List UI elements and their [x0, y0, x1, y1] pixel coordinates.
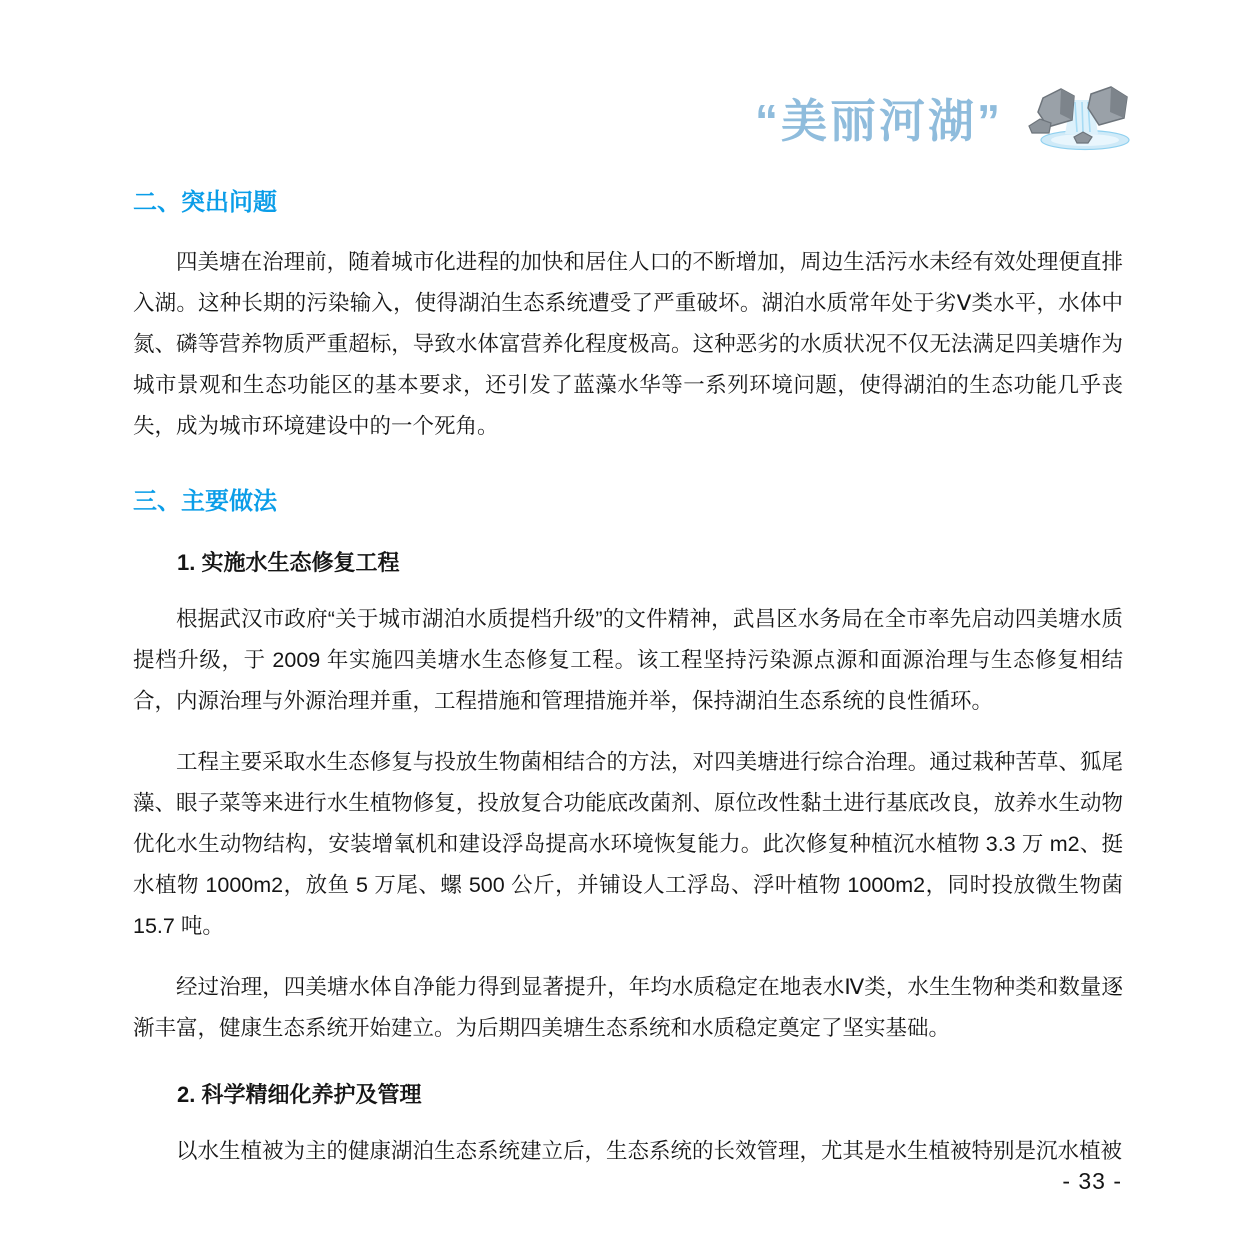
paragraph-restoration-2: 工程主要采取水生态修复与投放生物菌相结合的方法，对四美塘进行综合治理。通过栽种苦… [133, 742, 1123, 947]
paragraph-restoration-1: 根据武汉市政府“关于城市湖泊水质提档升级”的文件精神，武昌区水务局在全市率先启动… [133, 599, 1123, 722]
paragraph-restoration-3: 经过治理，四美塘水体自净能力得到显著提升，年均水质稳定在地表水Ⅳ类，水生生物种类… [133, 967, 1123, 1049]
section-heading-problems: 二、突出问题 [133, 188, 1123, 218]
subsection-heading-management: 2. 科学精细化养护及管理 [133, 1081, 1123, 1109]
section-heading-practices: 三、主要做法 [133, 487, 1123, 517]
page-header: “美丽河湖” [755, 84, 1145, 152]
document-page: “美丽河湖” 二、突出问题 四美塘在治理前，随着城市化进程的加快和居住人口的不断… [0, 0, 1253, 1253]
subsection-heading-restoration: 1. 实施水生态修复工程 [133, 549, 1123, 577]
page-number: - 33 - [1062, 1168, 1122, 1195]
rocks-waterfall-icon [1021, 84, 1145, 152]
paragraph-management-1: 以水生植被为主的健康湖泊生态系统建立后，生态系统的长效管理，尤其是水生植被特别是… [133, 1131, 1123, 1172]
paragraph-problems: 四美塘在治理前，随着城市化进程的加快和居住人口的不断增加，周边生活污水未经有效处… [133, 242, 1123, 447]
brand-title: “美丽河湖” [755, 85, 1003, 151]
document-body: 二、突出问题 四美塘在治理前，随着城市化进程的加快和居住人口的不断增加，周边生活… [133, 188, 1123, 1192]
